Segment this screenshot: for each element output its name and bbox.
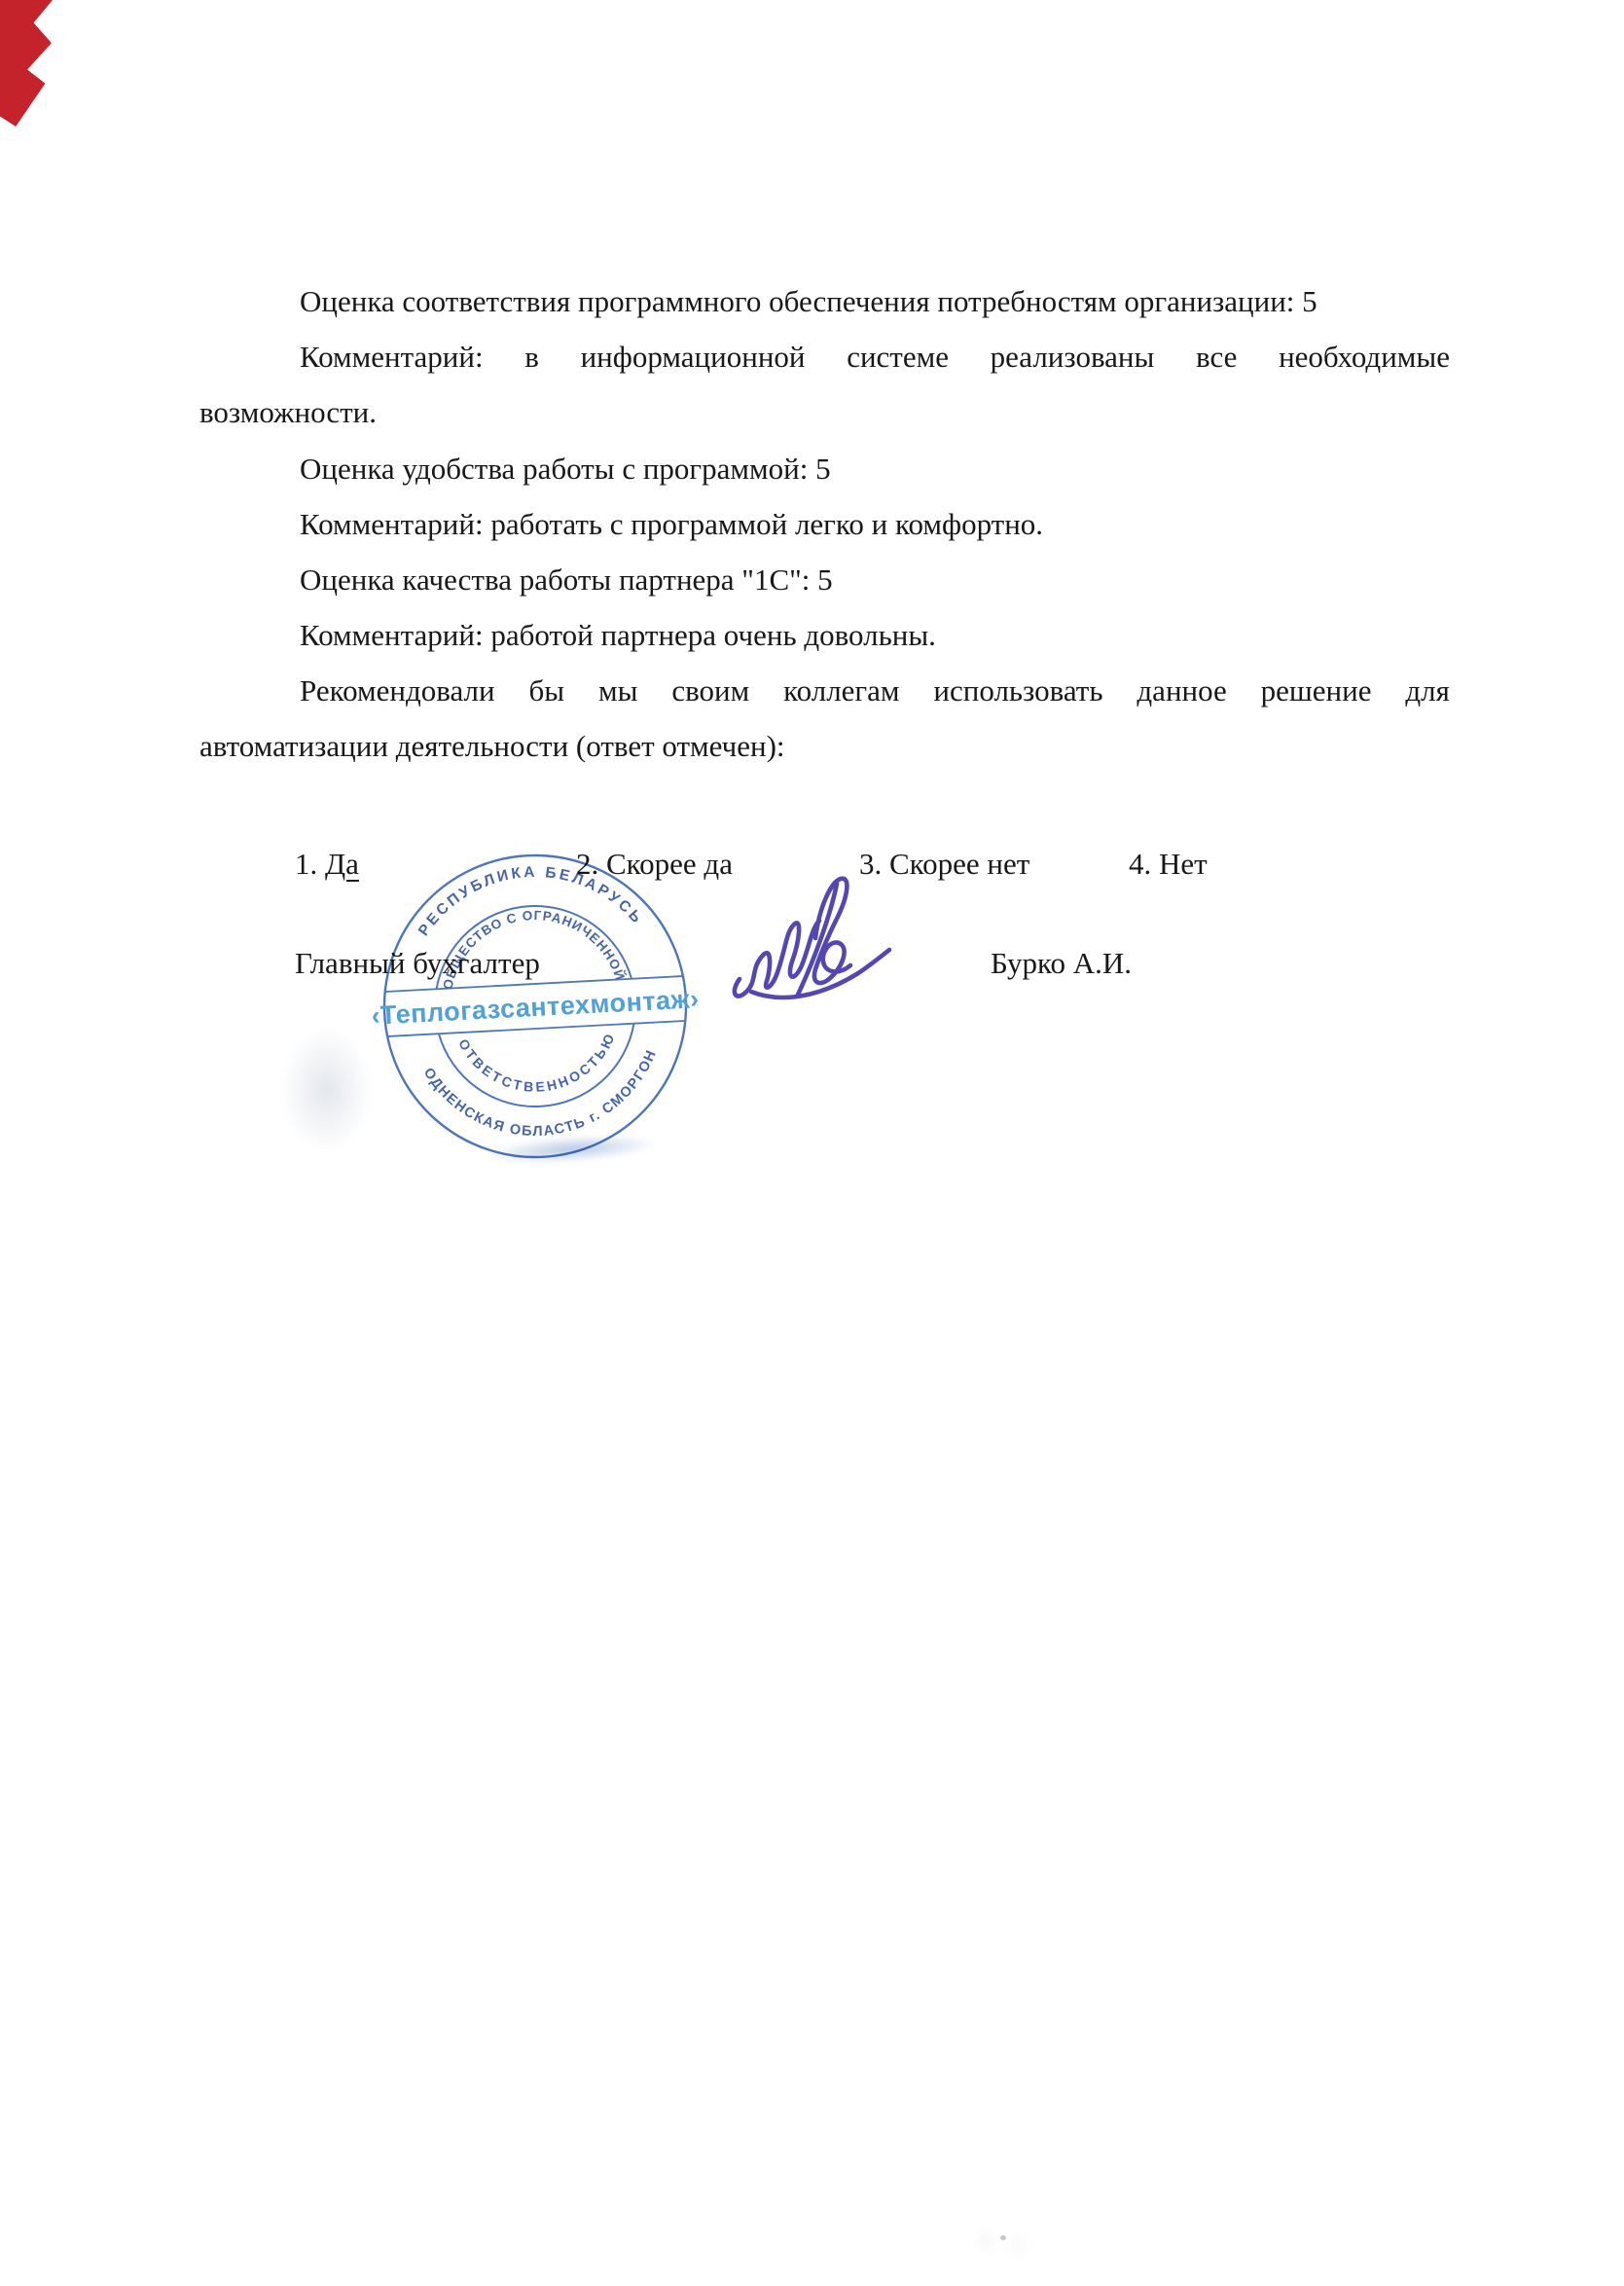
line-comment-fit-2: возможности. bbox=[199, 391, 377, 434]
scan-smudge bbox=[280, 1027, 373, 1153]
scanned-document-page: Оценка соответствия программного обеспеч… bbox=[0, 0, 1624, 2286]
stamp-text-llc-bottom: ОТВЕТСТВЕННОСТЬЮ bbox=[455, 1029, 622, 1099]
line-comment-fit-1: Комментарий:винформационнойсистемереализ… bbox=[199, 336, 1450, 379]
selected-answer: Да bbox=[325, 847, 359, 881]
scan-speck bbox=[1000, 2235, 1006, 2240]
svg-text:ОТВЕТСТВЕННОСТЬЮ: ОТВЕТСТВЕННОСТЬЮ bbox=[455, 1029, 622, 1099]
answer-option-4: 4. Нет bbox=[1129, 843, 1208, 886]
company-stamp: РЕСПУБЛИКА БЕЛАРУСЬ ГРОДНЕНСКАЯ ОБЛАСТЬ … bbox=[364, 835, 705, 1177]
line-score-usability: Оценка удобства работы с программой: 5 bbox=[300, 448, 831, 490]
red-corner-mark bbox=[0, 0, 53, 127]
stamp-text-llc-top: ОБЩЕСТВО С ОГРАНИЧЕННОЙ bbox=[436, 903, 628, 992]
answer-option-1: 1. Да bbox=[295, 843, 359, 886]
svg-text:ОБЩЕСТВО С ОГРАНИЧЕННОЙ: ОБЩЕСТВО С ОГРАНИЧЕННОЙ bbox=[436, 903, 628, 992]
line-recommend-2: автоматизации деятельности (ответ отмече… bbox=[199, 725, 785, 768]
svg-text:РЕСПУБЛИКА БЕЛАРУСЬ: РЕСПУБЛИКА БЕЛАРУСЬ bbox=[413, 858, 647, 940]
line-score-partner: Оценка качества работы партнера "1С": 5 bbox=[300, 559, 833, 601]
signer-name: Бурко А.И. bbox=[991, 942, 1132, 985]
line-score-fit: Оценка соответствия программного обеспеч… bbox=[300, 280, 1317, 323]
handwritten-signature bbox=[722, 864, 921, 1025]
stamp-text-republic: РЕСПУБЛИКА БЕЛАРУСЬ bbox=[413, 858, 647, 940]
line-recommend-1: Рекомендовалибымысвоимколлегамиспользова… bbox=[199, 670, 1450, 712]
line-comment-usability: Комментарий: работать с программой легко… bbox=[300, 503, 1043, 546]
line-comment-partner: Комментарий: работой партнера очень дово… bbox=[300, 614, 936, 657]
